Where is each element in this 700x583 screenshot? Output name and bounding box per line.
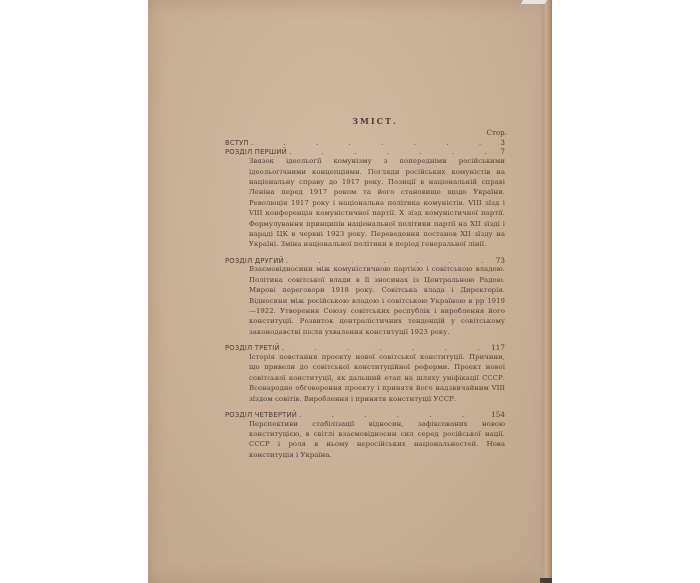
toc-entry-chapter-3: РОЗДІЛ ТРЕТІЙ . . . . . . . . . . . . . … bbox=[225, 343, 505, 352]
page-corner-bottom bbox=[540, 578, 552, 583]
toc-entry-chapter-1: РОЗДІЛ ПЕРШИЙ . . . . . . . . . . . . . … bbox=[225, 147, 505, 156]
entry-summary: Перспективи стабілізації відносин, зафік… bbox=[249, 419, 505, 461]
page-corner-top bbox=[521, 0, 547, 4]
toc-entry-intro: ВСТУП . . . . . . . . . . . . . . . . . … bbox=[225, 138, 505, 147]
entry-summary: Історія повстання проекту нової совітськ… bbox=[249, 352, 505, 404]
page-column-label: Стор. bbox=[225, 128, 507, 138]
toc-title: ЗМІСТ. bbox=[245, 116, 505, 128]
toc-entry-chapter-4: РОЗДІЛ ЧЕТВЕРТИЙ . . . . . . . . . . . .… bbox=[225, 410, 505, 419]
table-of-contents: ЗМІСТ. Стор. ВСТУП . . . . . . . . . . .… bbox=[225, 100, 505, 466]
entry-summary: Взаємовідносини між комуністичною партіє… bbox=[249, 264, 505, 337]
page-edge bbox=[542, 0, 552, 583]
toc-entry-chapter-2: РОЗДІЛ ДРУГИЙ . . . . . . . . . . . . . … bbox=[225, 256, 505, 265]
entry-summary: Звязок ідеольогії комунізму з попереднім… bbox=[249, 156, 505, 250]
